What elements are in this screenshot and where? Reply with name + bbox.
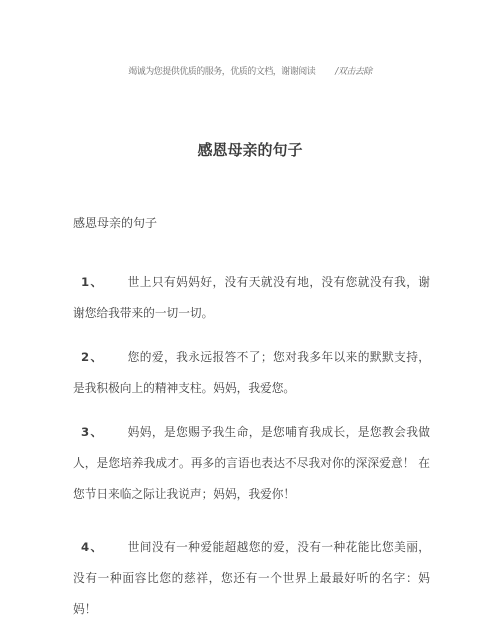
page-title: 感恩母亲的句子 — [0, 139, 500, 160]
item-number: 2、 — [81, 350, 104, 364]
item-number: 3、 — [81, 425, 104, 439]
item-text: 妈妈，是您赐予我生命，是您哺育我成长，是您教会我做人，是您培养我成才。再多的言语… — [73, 425, 430, 501]
list-item: 2、您的爱，我永远报答不了；您对我多年以来的默默支持，是我积极向上的精神支柱。妈… — [73, 342, 430, 404]
list-item: 3、妈妈，是您赐予我生命，是您哺育我成长，是您教会我做人，是您培养我成才。再多的… — [73, 417, 430, 510]
list-item: 1、世上只有妈妈好，没有天就没有地，没有您就没有我，谢谢您给我带来的一切一切。 — [73, 267, 430, 329]
document-page: 竭诚为您提供优质的服务，优质的文档，谢谢阅读 /双击去除 感恩母亲的句子 感恩母… — [0, 0, 500, 637]
remove-hint[interactable]: /双击去除 — [335, 64, 372, 77]
header-service-note: 竭诚为您提供优质的服务，优质的文档，谢谢阅读 — [128, 64, 315, 77]
item-text: 您的爱，我永远报答不了；您对我多年以来的默默支持，是我积极向上的精神支柱。妈妈，… — [73, 350, 430, 395]
item-text: 世间没有一种爱能超越您的爱，没有一种花能比您美丽，没有一种面容比您的慈祥，您还有… — [73, 540, 430, 616]
header-note: 竭诚为您提供优质的服务，优质的文档，谢谢阅读 /双击去除 — [0, 64, 500, 77]
document-body: 感恩母亲的句子 1、世上只有妈妈好，没有天就没有地，没有您就没有我，谢谢您给我带… — [73, 216, 430, 637]
item-text: 世上只有妈妈好，没有天就没有地，没有您就没有我，谢谢您给我带来的一切一切。 — [73, 275, 430, 320]
item-number: 4、 — [81, 540, 104, 554]
list-item: 4、世间没有一种爱能超越您的爱，没有一种花能比您美丽，没有一种面容比您的慈祥，您… — [73, 532, 430, 625]
item-number: 1、 — [81, 275, 104, 289]
subtitle: 感恩母亲的句子 — [73, 216, 430, 231]
